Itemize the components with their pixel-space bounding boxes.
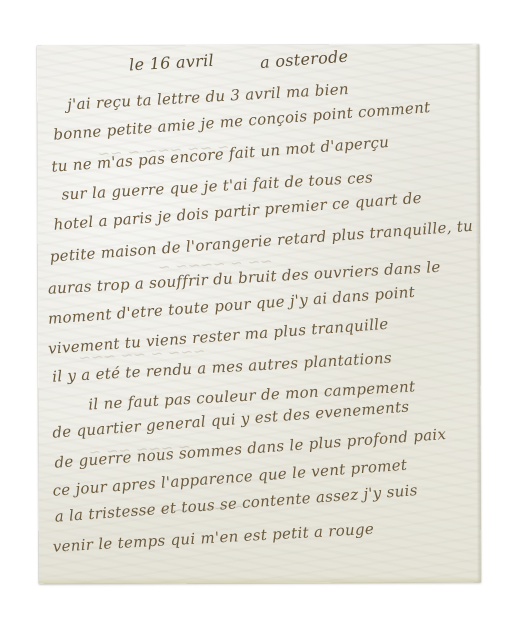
letter-date: le 16 avril	[129, 51, 215, 75]
letter-line: venir le temps qui m'en est petit a roug…	[52, 520, 374, 556]
letter-place: a osterode	[259, 47, 349, 72]
paper-edge	[475, 44, 481, 582]
letter-page: ~ ~~ ~~~ ~ ~~ ~~ ~ ~~~~ ~ ~~~ ~ ~~ ~~~ ~…	[37, 44, 481, 584]
letter-line: il y a eté te rendu a mes autres plantat…	[52, 349, 393, 386]
